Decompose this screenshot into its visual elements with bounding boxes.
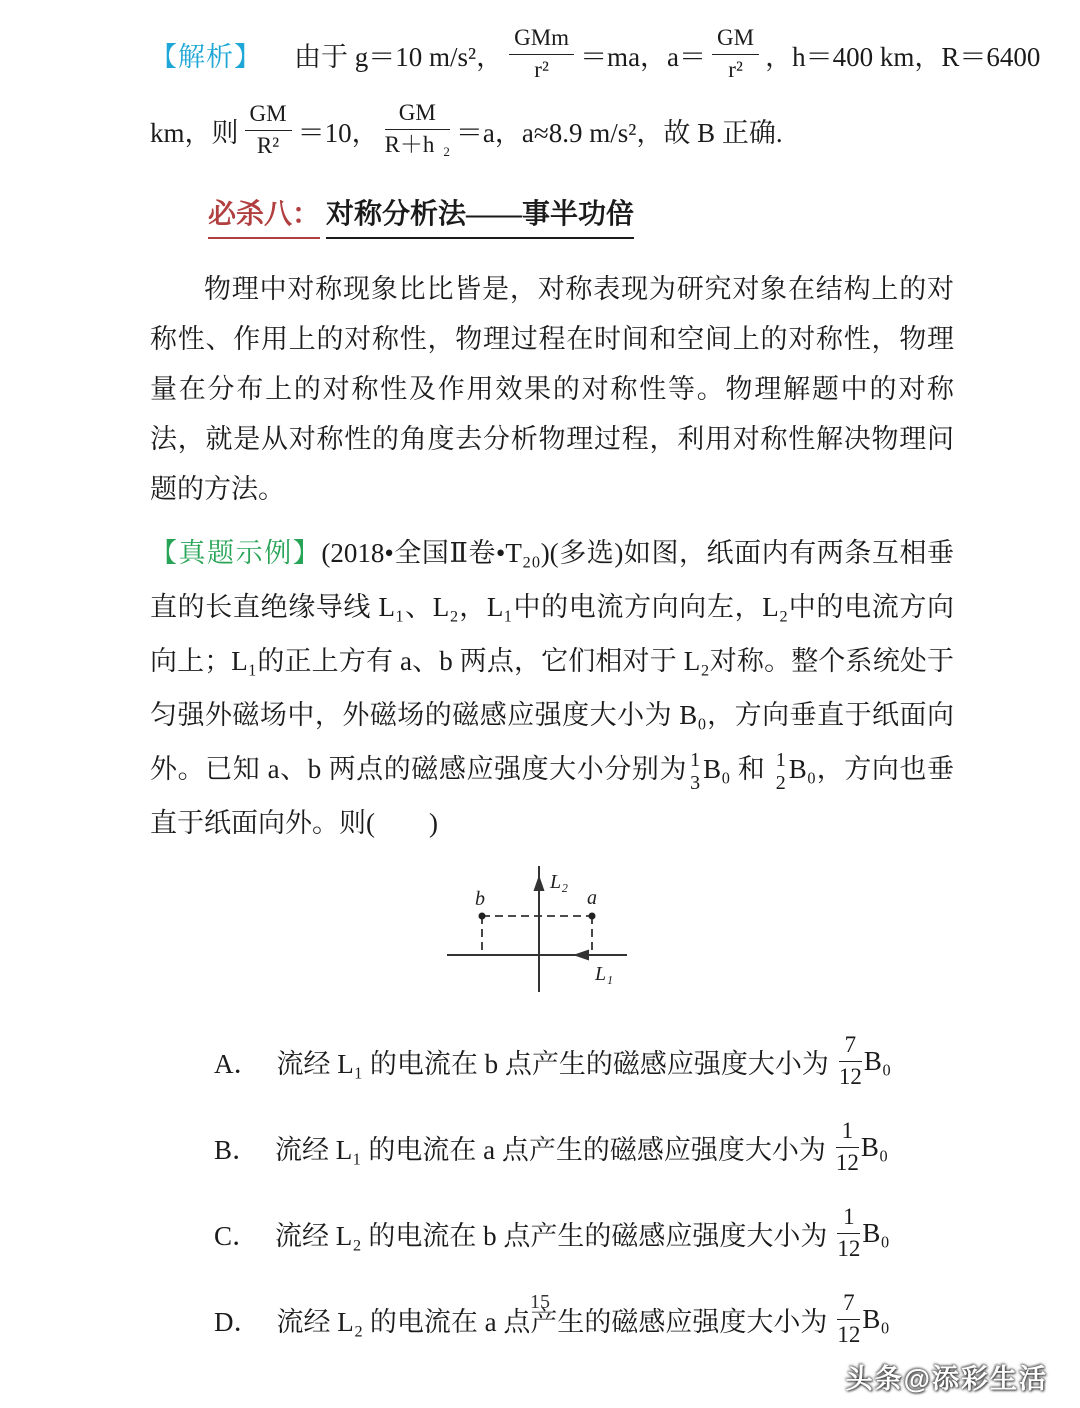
fraction-denominator: 12 <box>839 1062 862 1090</box>
heading-black-part: 对称分析法——事半功倍 <box>326 199 634 239</box>
arrow-left-icon <box>573 950 589 961</box>
option-d: D． 流经 L₂ 的电流在 a 点产生的磁感应强度大小为 7 12 B₀ <box>214 1276 954 1362</box>
fraction-gm-over-r2: GM r² <box>712 25 759 83</box>
label-point-a: a <box>587 887 597 909</box>
analysis-line-2: km，则 GM R² ＝10， GM R＋h2 ＝a，a≈8.9 m/s²，故 … <box>150 92 954 168</box>
denominator-text: R＋h <box>385 132 435 157</box>
option-unit: B₀ <box>862 1218 889 1249</box>
formula-text: km，则 <box>150 111 239 150</box>
option-text: 流经 L₁ 的电流在 b 点产生的磁感应强度大小为 <box>277 1042 829 1081</box>
option-c: C． 流经 L₂ 的电流在 b 点产生的磁感应强度大小为 1 12 B₀ <box>214 1190 954 1276</box>
analysis-section: 【解析】 由于 g＝10 m/s²， GMm r² ＝ma，a＝ GM r² ，… <box>150 16 954 168</box>
fraction-gm-over-R-plus-h: GM R＋h2 <box>385 100 450 159</box>
analysis-line-1: 【解析】 由于 g＝10 m/s²， GMm r² ＝ma，a＝ GM r² ，… <box>150 16 954 92</box>
example-paragraph: 【真题示例】(2018•全国Ⅱ卷•T₂₀)(多选)如图，纸面内有两条互相垂直的长… <box>150 526 954 850</box>
label-l1: L₁ <box>594 963 613 985</box>
page-content: 【解析】 由于 g＝10 m/s²， GMm r² ＝ma，a＝ GM r² ，… <box>0 0 1080 1362</box>
fraction-gmm-over-r2: GMm r² <box>509 25 574 83</box>
fraction-numerator: 1 <box>776 749 786 771</box>
example-body-text: (2018•全国Ⅱ卷•T₂₀)(多选)如图，纸面内有两条互相垂直的长直绝缘导线 … <box>150 538 954 784</box>
option-fraction: 1 12 <box>837 1204 860 1262</box>
fraction-denominator: R² <box>245 131 292 159</box>
heading-red-part: 必杀八： <box>208 199 320 239</box>
fraction-numerator: GM <box>712 25 759 54</box>
fraction-numerator: GM <box>245 101 292 130</box>
denominator-exponent: 2 <box>443 144 450 159</box>
option-fraction: 7 12 <box>839 1032 862 1090</box>
option-letter: B． <box>214 1128 259 1167</box>
wire-diagram: L₂ L₁ b a <box>427 858 677 1008</box>
page-number: 15 <box>0 1291 1080 1314</box>
option-letter: A． <box>214 1042 261 1081</box>
fraction-denominator: 12 <box>837 1234 860 1262</box>
arrow-up-icon <box>534 875 545 891</box>
formula-text: ＝a，a≈8.9 m/s²，故 B 正确. <box>456 111 783 150</box>
fraction-gm-over-R2: GM R² <box>245 101 292 159</box>
fraction-denominator: r² <box>509 55 574 83</box>
section-heading: 必杀八：对称分析法——事半功倍 <box>208 192 954 232</box>
label-l2: L₂ <box>549 871 568 893</box>
formula-text: ，h＝400 km，R＝6400 <box>765 35 1040 74</box>
fraction-numerator: GM <box>385 100 450 129</box>
fraction-denominator: 12 <box>837 1320 860 1348</box>
option-unit: B₀ <box>861 1132 888 1163</box>
option-b: B． 流经 L₁ 的电流在 a 点产生的磁感应强度大小为 1 12 B₀ <box>214 1104 954 1190</box>
label-point-b: b <box>475 888 485 910</box>
watermark: 头条@添彩生活 <box>846 1357 1048 1396</box>
option-letter: C． <box>214 1214 259 1253</box>
option-a: A． 流经 L₁ 的电流在 b 点产生的磁感应强度大小为 7 12 B₀ <box>214 1018 954 1104</box>
fraction-numerator: 1 <box>837 1204 860 1233</box>
analysis-label: 【解析】 <box>150 35 262 74</box>
document-page: 【解析】 由于 g＝10 m/s²， GMm r² ＝ma，a＝ GM r² ，… <box>0 0 1080 1408</box>
option-fraction: 1 12 <box>836 1118 859 1176</box>
fraction-numerator: 7 <box>839 1032 862 1061</box>
wire-diagram-figure: L₂ L₁ b a <box>150 858 954 1008</box>
fraction-denominator: R＋h2 <box>385 130 450 160</box>
fraction-denominator: 3 <box>690 772 700 794</box>
fraction-denominator: 2 <box>776 772 786 794</box>
fraction-numerator: 1 <box>690 749 700 771</box>
example-body-text: B₀ 和 <box>703 754 773 784</box>
fraction-denominator: 12 <box>836 1148 859 1176</box>
point-b-dot <box>479 913 486 920</box>
formula-text: ＝ma，a＝ <box>580 35 706 74</box>
option-text: 流经 L₂ 的电流在 b 点产生的磁感应强度大小为 <box>275 1214 827 1253</box>
fraction-one-half: 12 <box>776 749 786 794</box>
example-label: 【真题示例】 <box>150 538 321 568</box>
option-text: 流经 L₁ 的电流在 a 点产生的磁感应强度大小为 <box>275 1128 826 1167</box>
intro-paragraph: 物理中对称现象比比皆是，对称表现为研究对象在结构上的对称性、作用上的对称性，物理… <box>150 264 954 514</box>
fraction-one-third: 13 <box>690 749 700 794</box>
fraction-denominator: r² <box>712 55 759 83</box>
point-a-dot <box>589 913 596 920</box>
formula-text: ＝10， <box>298 111 379 150</box>
formula-text: 由于 g＝10 m/s²， <box>294 35 503 74</box>
fraction-numerator: 1 <box>836 1118 859 1147</box>
fraction-numerator: GMm <box>509 25 574 54</box>
option-unit: B₀ <box>864 1046 891 1077</box>
